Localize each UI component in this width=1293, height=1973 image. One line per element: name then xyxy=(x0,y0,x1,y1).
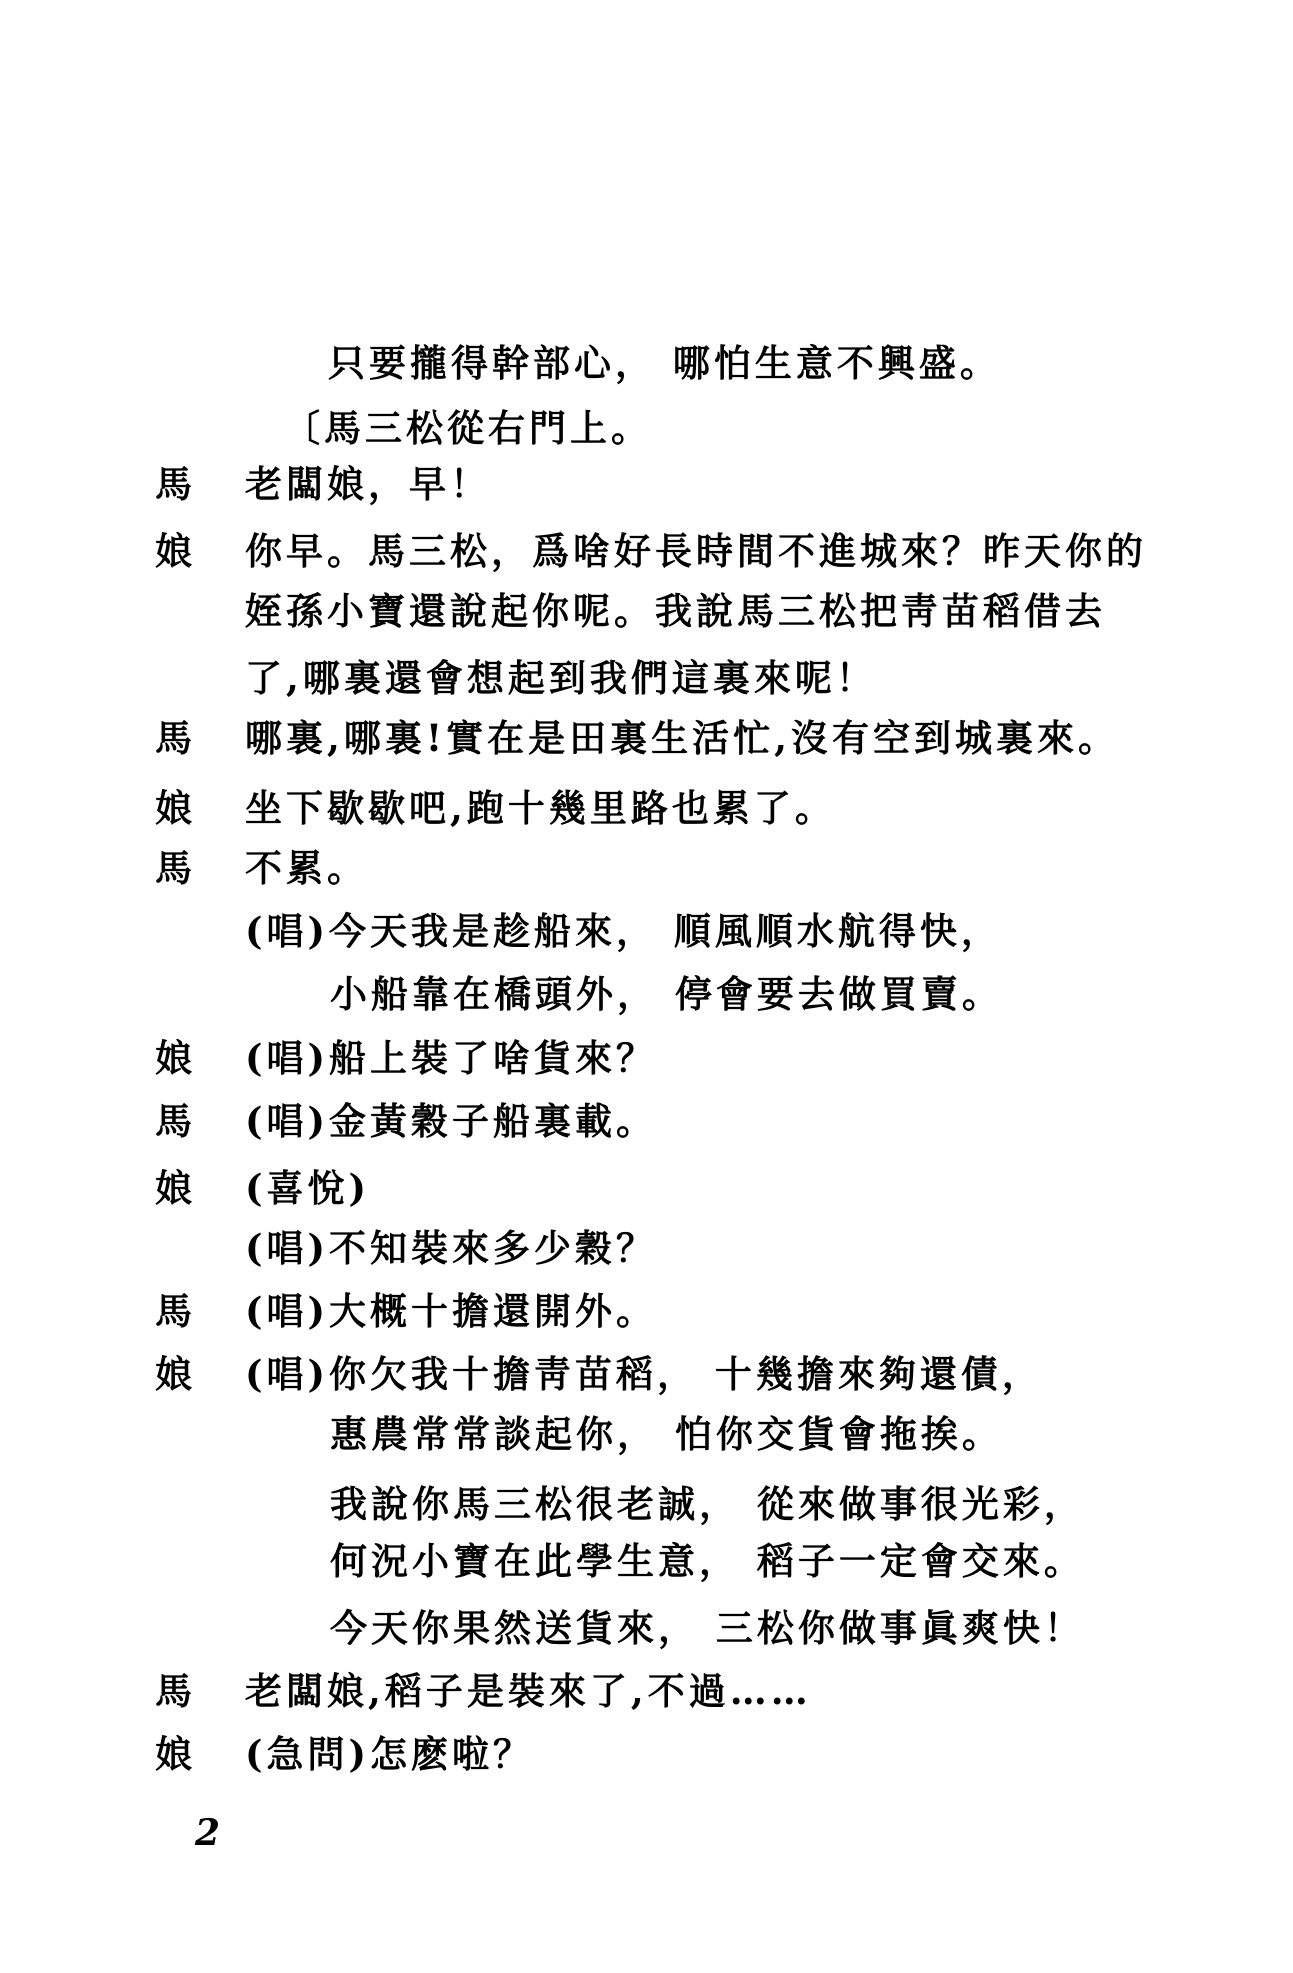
dialogue-line: 馬哪裏,哪裏!實在是田裏生活忙,沒有空到城裏來。 xyxy=(155,717,1119,760)
sung-verse-line: 惠農常常談起你， 怕你交貨會拖挨。 xyxy=(330,1413,1003,1456)
sung-verse-line: 我說你馬三松很老誠， 從來做事很光彩， xyxy=(330,1483,1085,1526)
line-text: 何況小寶在此學生意， 稻子一定會交來。 xyxy=(330,1539,1085,1583)
speaker-label: 馬 xyxy=(155,717,245,760)
speaker-label: 娘 xyxy=(155,787,245,830)
line-text: 小船靠在橋頭外， 停會要去做買賣。 xyxy=(330,972,1003,1016)
speaker-label: 馬 xyxy=(155,847,245,890)
book-page: 只要攏得幹部心， 哪怕生意不興盛。 〔馬三松從右門上。 馬老闆娘，早！ 娘你早。… xyxy=(0,0,1293,1973)
line-text: (唱)今天我是趁船來， 順風順水航得快， xyxy=(245,909,1002,953)
line-text: 惠農常常談起你， 怕你交貨會拖挨。 xyxy=(330,1412,1003,1456)
line-text: 今天你果然送貨來， 三松你做事眞爽快！ xyxy=(330,1606,1085,1650)
dialogue-line: 娘坐下歇歇吧,跑十幾里路也累了。 xyxy=(155,787,836,830)
sung-verse-line: 何況小寶在此學生意， 稻子一定會交來。 xyxy=(330,1540,1085,1583)
speaker-label: 娘 xyxy=(155,1733,245,1776)
line-text: (急問)怎麽啦？ xyxy=(245,1732,534,1776)
dialogue-line: 娘你早。馬三松，爲啥好長時間不進城來？昨天你的 xyxy=(155,530,1147,573)
stage-direction: 〔馬三松從右門上。 xyxy=(283,407,652,450)
dialogue-line: 馬老闆娘,稻子是裝來了,不過…… xyxy=(155,1670,812,1713)
dialogue-line: 馬老闆娘，早！ xyxy=(155,463,491,506)
line-text: 你早。馬三松，爲啥好長時間不進城來？昨天你的 xyxy=(245,529,1147,573)
sung-verse-line: (唱)不知裝來多少穀？ xyxy=(245,1227,657,1270)
line-text: (唱)不知裝來多少穀？ xyxy=(245,1226,657,1270)
sung-verse-line: (唱)今天我是趁船來， 順風順水航得快， xyxy=(245,910,1002,953)
dialogue-line: 娘(唱)你欠我十擔靑苗稻， 十幾擔來夠還債， xyxy=(155,1353,1043,1396)
line-text: (喜悅) xyxy=(245,1166,370,1210)
dialogue-line: 娘(唱)船上裝了啥貨來？ xyxy=(155,1037,657,1080)
line-text: 〔馬三松從右門上。 xyxy=(283,406,652,450)
speaker-label: 馬 xyxy=(155,463,245,506)
dialogue-line: 娘(急問)怎麽啦？ xyxy=(155,1733,534,1776)
dialogue-line: 娘(喜悅) xyxy=(155,1167,370,1210)
speech-continuation: 了,哪裏還會想起到我們這裏來呢！ xyxy=(245,657,877,700)
dialogue-line: 馬(唱)大概十擔還開外。 xyxy=(155,1290,657,1333)
line-text: 老闆娘，早！ xyxy=(245,462,491,506)
line-text: (唱)金黃穀子船裏載。 xyxy=(245,1099,657,1143)
speaker-label: 娘 xyxy=(155,1167,245,1210)
sung-verse-line: 今天你果然送貨來， 三松你做事眞爽快！ xyxy=(330,1607,1085,1650)
line-text: (唱)你欠我十擔靑苗稻， 十幾擔來夠還債， xyxy=(245,1352,1043,1396)
line-text: 哪裏,哪裏!實在是田裏生活忙,沒有空到城裏來。 xyxy=(245,716,1119,760)
line-text: (唱)大概十擔還開外。 xyxy=(245,1289,657,1333)
line-text: (唱)船上裝了啥貨來？ xyxy=(245,1036,657,1080)
line-text: 不累。 xyxy=(245,846,368,890)
dialogue-line: 馬不累。 xyxy=(155,847,368,890)
line-text: 了,哪裏還會想起到我們這裏來呢！ xyxy=(245,656,877,700)
line-text: 姪孫小寶還說起你呢。我說馬三松把靑苗稻借去 xyxy=(245,589,1106,633)
page-number: 2 xyxy=(195,1812,220,1854)
line-text: 我說你馬三松很老誠， 從來做事很光彩， xyxy=(330,1482,1085,1526)
line-text: 只要攏得幹部心， 哪怕生意不興盛。 xyxy=(328,341,1001,385)
line-text: 坐下歇歇吧,跑十幾里路也累了。 xyxy=(245,786,836,830)
speaker-label: 馬 xyxy=(155,1290,245,1333)
sung-verse-line: 小船靠在橋頭外， 停會要去做買賣。 xyxy=(330,973,1003,1016)
line-text: 老闆娘,稻子是裝來了,不過…… xyxy=(245,1669,812,1713)
speaker-label: 馬 xyxy=(155,1670,245,1713)
dialogue-line: 馬(唱)金黃穀子船裏載。 xyxy=(155,1100,657,1143)
speaker-label: 娘 xyxy=(155,530,245,573)
speaker-label: 娘 xyxy=(155,1353,245,1396)
speaker-label: 馬 xyxy=(155,1100,245,1143)
speech-continuation: 姪孫小寶還說起你呢。我說馬三松把靑苗稻借去 xyxy=(245,590,1106,633)
speaker-label: 娘 xyxy=(155,1037,245,1080)
verse-line: 只要攏得幹部心， 哪怕生意不興盛。 xyxy=(328,342,1001,385)
